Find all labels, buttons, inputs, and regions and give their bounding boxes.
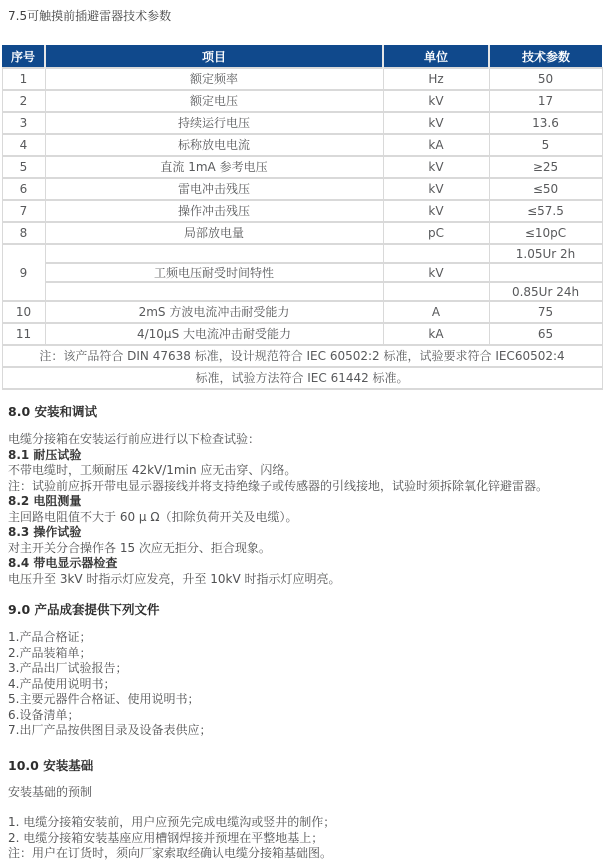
- cell-value: 65: [489, 323, 602, 345]
- cell-unit: kA: [383, 134, 489, 156]
- cell-unit: kV: [383, 156, 489, 178]
- cell-value: ≤57.5: [489, 200, 602, 222]
- cell-value-empty: [489, 263, 602, 282]
- table-row: 5 直流 1mA 参考电压 kV ≥25: [2, 156, 602, 178]
- cell-value: 1.05Ur 2h: [489, 244, 602, 263]
- cell-item: 雷电冲击残压: [45, 178, 383, 200]
- cell-no: 1: [2, 68, 45, 90]
- document-body: 8.0 安装和调试 电缆分接箱在安装运行前应进行以下检查试验： 8.1 耐压试验…: [0, 404, 604, 862]
- cell-value: ≤10pC: [489, 222, 602, 244]
- cell-value: 75: [489, 301, 602, 323]
- section-10-body: 1. 电缆分接箱安装前，用户应预先完成电缆沟或竖井的制作； 2. 电缆分接箱安装…: [8, 815, 596, 862]
- cell-item: 2mS 方波电流冲击耐受能力: [45, 301, 383, 323]
- header-cell-unit: 单位: [383, 45, 489, 68]
- cell-unit: A: [383, 301, 489, 323]
- cell-value: ≤50: [489, 178, 602, 200]
- section-9-heading: 9.0 产品成套提供下列文件: [8, 602, 596, 617]
- list-item: 5.主要元器件合格证、使用说明书；: [8, 692, 596, 708]
- cell-value: ≥25: [489, 156, 602, 178]
- section-8-heading: 8.0 安装和调试: [8, 404, 596, 419]
- section-10-line-1: 1. 电缆分接箱安装前，用户应预先完成电缆沟或竖井的制作；: [8, 815, 596, 831]
- section-8-1-heading: 8.1 耐压试验: [8, 448, 596, 464]
- cell-unit: kV: [383, 178, 489, 200]
- table-note-row: 注：该产品符合 DIN 47638 标准，设计规范符合 IEC 60502:2 …: [2, 345, 602, 367]
- cell-no: 5: [2, 156, 45, 178]
- cell-unit-empty: [383, 244, 489, 263]
- header-cell-value: 技术参数: [489, 45, 602, 68]
- technical-parameters-table: 序号 项目 单位 技术参数 1 额定频率 Hz 50 2 额定电压 kV 17 …: [2, 45, 603, 390]
- table-note-line-1: 注：该产品符合 DIN 47638 标准，设计规范符合 IEC 60502:2 …: [2, 345, 602, 367]
- section-10-heading: 10.0 安装基础: [8, 758, 596, 773]
- cell-no: 10: [2, 301, 45, 323]
- cell-value: 0.85Ur 24h: [489, 282, 602, 301]
- cell-no: 9: [2, 244, 45, 301]
- header-cell-item: 项目: [45, 45, 383, 68]
- section-8-intro: 电缆分接箱在安装运行前应进行以下检查试验：: [8, 432, 596, 448]
- section-8-2-text: 主回路电阻值不大于 60 μ Ω（扣除负荷开关及电缆）。: [8, 510, 596, 526]
- cell-no: 8: [2, 222, 45, 244]
- cell-item: 持续运行电压: [45, 112, 383, 134]
- table-row-9-sub-top: 9 1.05Ur 2h: [2, 244, 602, 263]
- section-9-list: 1.产品合格证； 2.产品装箱单； 3.产品出厂试验报告； 4.产品使用说明书；…: [8, 630, 596, 739]
- table-row-9-sub-bottom: 0.85Ur 24h: [2, 282, 602, 301]
- section-8-4-text: 电压升至 3kV 时指示灯应发亮，升至 10kV 时指示灯应明亮。: [8, 572, 596, 588]
- list-item: 4.产品使用说明书；: [8, 677, 596, 693]
- table-row: 1 额定频率 Hz 50: [2, 68, 602, 90]
- table-row-9-sub-mid: 工频电压耐受时间特性 kV: [2, 263, 602, 282]
- table-row: 4 标称放电电流 kA 5: [2, 134, 602, 156]
- list-item: 1.产品合格证；: [8, 630, 596, 646]
- cell-no: 3: [2, 112, 45, 134]
- table-row: 7 操作冲击残压 kV ≤57.5: [2, 200, 602, 222]
- cell-unit: kV: [383, 200, 489, 222]
- table-row: 10 2mS 方波电流冲击耐受能力 A 75: [2, 301, 602, 323]
- cell-item-empty: [45, 244, 383, 263]
- section-10-note: 注：用户在订货时，须向厂家索取经确认电缆分接箱基础图。: [8, 846, 596, 862]
- section-8-1-text: 不带电缆时，工频耐压 42kV/1min 应无击穿、闪络。: [8, 463, 596, 479]
- cell-no: 4: [2, 134, 45, 156]
- cell-item: 工频电压耐受时间特性: [45, 263, 383, 282]
- cell-item: 额定电压: [45, 90, 383, 112]
- table-header-row: 序号 项目 单位 技术参数: [2, 45, 602, 68]
- cell-unit: kA: [383, 323, 489, 345]
- cell-item: 4/10μS 大电流冲击耐受能力: [45, 323, 383, 345]
- cell-value: 50: [489, 68, 602, 90]
- cell-unit: kV: [383, 263, 489, 282]
- cell-no: 6: [2, 178, 45, 200]
- list-item: 2.产品装箱单；: [8, 646, 596, 662]
- cell-value: 13.6: [489, 112, 602, 134]
- page-title: 7.5可触摸前插避雷器技术参数: [0, 0, 604, 24]
- list-item: 3.产品出厂试验报告；: [8, 661, 596, 677]
- list-item: 6.设备清单；: [8, 708, 596, 724]
- section-10-intro: 安装基础的预制: [8, 785, 596, 801]
- cell-item: 直流 1mA 参考电压: [45, 156, 383, 178]
- section-8-3-text: 对主开关分合操作各 15 次应无拒分、拒合现象。: [8, 541, 596, 557]
- section-8-3-heading: 8.3 操作试验: [8, 525, 596, 541]
- cell-item: 额定频率: [45, 68, 383, 90]
- table-note-row: 标准，试验方法符合 IEC 61442 标准。: [2, 367, 602, 389]
- section-8-body: 电缆分接箱在安装运行前应进行以下检查试验： 8.1 耐压试验 不带电缆时，工频耐…: [8, 432, 596, 587]
- cell-value: 17: [489, 90, 602, 112]
- table-row: 11 4/10μS 大电流冲击耐受能力 kA 65: [2, 323, 602, 345]
- section-10-line-2: 2. 电缆分接箱安装基座应用槽钢焊接并预埋在平整地基上；: [8, 831, 596, 847]
- section-8-2-heading: 8.2 电阻测量: [8, 494, 596, 510]
- cell-unit: pC: [383, 222, 489, 244]
- cell-item: 操作冲击残压: [45, 200, 383, 222]
- table-note-line-2: 标准，试验方法符合 IEC 61442 标准。: [2, 367, 602, 389]
- cell-unit: Hz: [383, 68, 489, 90]
- table-row: 6 雷电冲击残压 kV ≤50: [2, 178, 602, 200]
- list-item: 7.出厂产品按供图目录及设备表供应；: [8, 723, 596, 739]
- cell-item-empty: [45, 282, 383, 301]
- cell-no: 2: [2, 90, 45, 112]
- cell-unit-empty: [383, 282, 489, 301]
- section-8-1-note: 注：试验前应拆开带电显示器接线并将支持绝缘子或传感器的引线接地，试验时须拆除氧化…: [8, 479, 596, 495]
- table-row: 8 局部放电量 pC ≤10pC: [2, 222, 602, 244]
- section-8-4-heading: 8.4 带电显示器检查: [8, 556, 596, 572]
- cell-unit: kV: [383, 112, 489, 134]
- cell-no: 11: [2, 323, 45, 345]
- cell-unit: kV: [383, 90, 489, 112]
- table-row: 2 额定电压 kV 17: [2, 90, 602, 112]
- cell-item: 局部放电量: [45, 222, 383, 244]
- cell-no: 7: [2, 200, 45, 222]
- header-cell-no: 序号: [2, 45, 45, 68]
- cell-value: 5: [489, 134, 602, 156]
- cell-item: 标称放电电流: [45, 134, 383, 156]
- table-row: 3 持续运行电压 kV 13.6: [2, 112, 602, 134]
